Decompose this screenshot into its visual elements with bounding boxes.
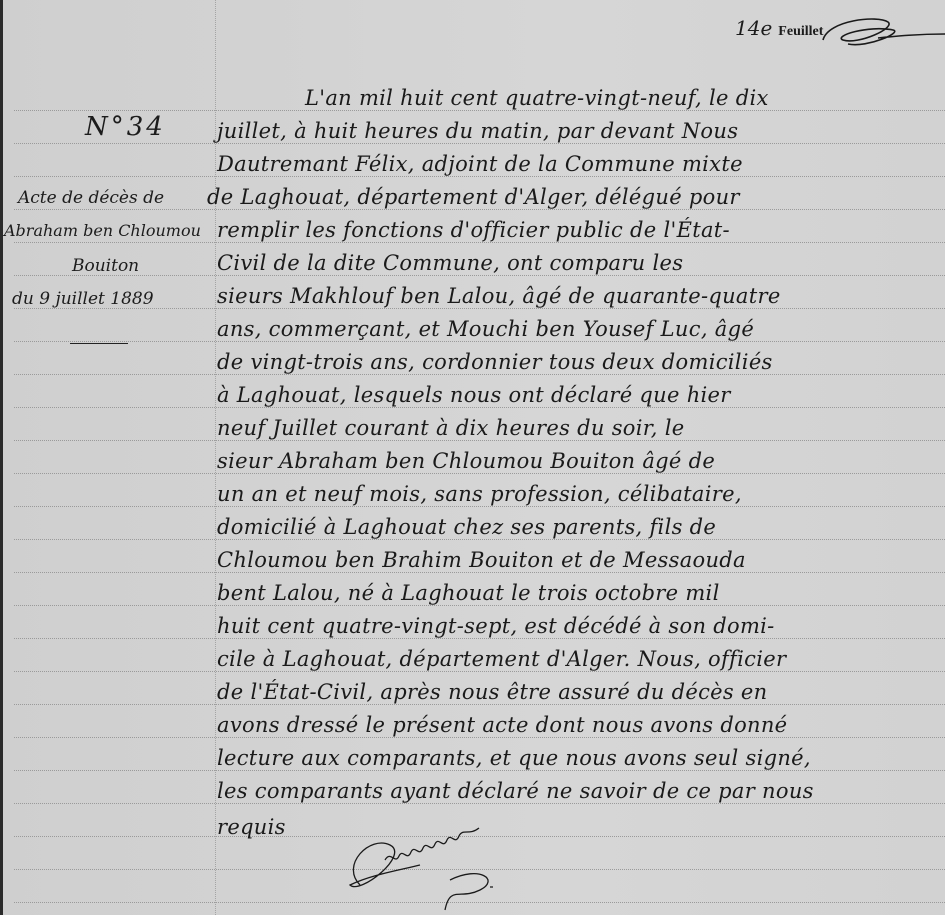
body-line: de vingt-trois ans, cordonnier tous deux… — [217, 350, 773, 374]
record-body: L'an mil huit cent quatre-vingt-neuf, le… — [205, 0, 940, 915]
body-line: sieurs Makhlouf ben Lalou, âgé de quaran… — [217, 284, 781, 308]
document-page: 14e Feuillet N°34 Acte de décès de Abrah… — [0, 0, 945, 915]
body-line: sieur Abraham ben Chloumou Bouiton âgé d… — [217, 449, 715, 473]
body-line: Civil de la dite Commune, ont comparu le… — [217, 251, 683, 275]
body-line: cile à Laghouat, département d'Alger. No… — [217, 647, 786, 671]
body-line: de Laghouat, département d'Alger, délégu… — [207, 185, 740, 209]
margin-annotation: N°34 Acte de décès de Abraham ben Chloum… — [0, 0, 215, 915]
body-line: requis — [217, 815, 286, 839]
body-line: ans, commerçant, et Mouchi ben Yousef Lu… — [217, 317, 754, 341]
margin-underline — [70, 343, 128, 344]
body-line: L'an mil huit cent quatre-vingt-neuf, le… — [305, 86, 769, 110]
body-line: avons dressé le présent acte dont nous a… — [217, 713, 787, 737]
body-line: à Laghouat, lesquels nous ont déclaré qu… — [217, 383, 731, 407]
margin-line-1: Acte de décès de — [18, 188, 164, 208]
body-line: de l'État-Civil, après nous être assuré … — [217, 680, 767, 704]
body-line: bent Lalou, né à Laghouat le trois octob… — [217, 581, 720, 605]
record-number: N°34 — [85, 112, 166, 142]
body-line: juillet, à huit heures du matin, par dev… — [217, 119, 738, 143]
margin-line-2: Abraham ben Chloumou — [4, 221, 201, 240]
body-line: domicilié à Laghouat chez ses parents, f… — [217, 515, 716, 539]
body-line: lecture aux comparants, et que nous avon… — [217, 746, 811, 770]
margin-line-4: du 9 juillet 1889 — [12, 289, 154, 309]
margin-line-3: Bouiton — [72, 256, 139, 276]
body-line: Dautremant Félix, adjoint de la Commune … — [217, 152, 743, 176]
officer-signature: Dautremant — [340, 825, 580, 915]
body-line: remplir les fonctions d'officier public … — [217, 218, 730, 242]
body-line: un an et neuf mois, sans profession, cél… — [217, 482, 742, 506]
body-line: huit cent quatre-vingt-sept, est décédé … — [217, 614, 775, 638]
body-line: les comparants ayant déclaré ne savoir d… — [217, 779, 814, 803]
body-line: neuf Juillet courant à dix heures du soi… — [217, 416, 684, 440]
body-line: Chloumou ben Brahim Bouiton et de Messao… — [217, 548, 746, 572]
